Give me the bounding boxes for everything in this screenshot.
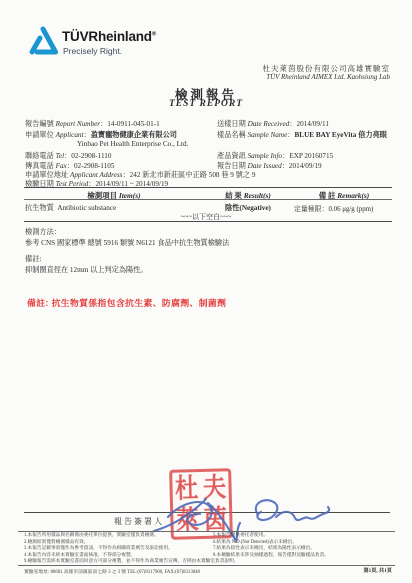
table-rule-header (24, 199, 392, 200)
item-name-en: Antibiotic substance (57, 204, 116, 212)
field-label-en: Date Received (248, 120, 290, 128)
field-value: 14-0911-045-01-1 (107, 120, 159, 128)
lab-name-en: TÜV Rheinland AIMEX Ltd. Kaohsiung Lab (266, 73, 390, 81)
registered-mark: ® (152, 32, 156, 38)
field-label-en: Fax (56, 162, 67, 170)
field-label-zh: 申請單位地址 (25, 171, 68, 179)
field-label-zh: 樣品名稱 (217, 131, 246, 139)
footer-rule-bottom (18, 565, 395, 566)
field-label-en: Applicant Address (70, 171, 123, 179)
field-label-zh: 送樣日期 (217, 120, 246, 128)
field-date-received: 送樣日期 Date Received：2014/09/11 (217, 119, 329, 129)
field-sample-name: 樣品名稱 Sample Name：BLUE BAY EyeVita 倍力亮眼 (217, 130, 387, 140)
field-label-en: Date Issued (248, 162, 282, 170)
field-fax: 傳真電話 Fax：02-2908-1105 (25, 161, 114, 171)
footer-note-6: 6.結果為 N.D.(Not Detected)表示未檢出。 (213, 540, 395, 546)
page-number: 第1頁, 共1頁 (363, 567, 392, 574)
field-label-zh: 報告日期 (217, 162, 246, 170)
field-sample-info: 產品資訊 Sample Info：EXP 20160715 (217, 151, 333, 161)
field-value: BLUE BAY EyeVita 倍力亮眼 (295, 131, 387, 139)
footer-note-2: 2.檢測結果僅對檢測樣品有效。 (24, 540, 212, 546)
field-label-zh: 傳真電話 (25, 162, 54, 170)
field-label-zh: 產品資訊 (217, 152, 246, 160)
tuv-rheinland-logo-icon (28, 26, 58, 57)
field-label-zh: 聯絡電話 (25, 152, 54, 160)
table-rule-bottom (24, 221, 392, 222)
field-value: 2014/09/11 (296, 120, 328, 128)
brand-rheinland: Rheinland (88, 29, 151, 44)
field-applicant-en: Yinbao Pet Health Enterprise Co., Ltd. (77, 140, 188, 148)
field-label-zh: 申請單位 (25, 131, 54, 139)
table-rule-top (24, 187, 392, 188)
field-label-en: Sample Name (248, 131, 288, 139)
field-label-en: Sample Info (248, 152, 283, 160)
lab-address: 實驗室地址: 80681 高雄市前鎮區南七路 3 之 3 號 TEL:(07)8… (24, 568, 200, 575)
method-label: 檢測方法： (25, 227, 61, 237)
field-sep: ： (122, 171, 129, 179)
note-text: 抑制圈直徑在 12mm 以上判定為陽性。 (25, 265, 148, 275)
footer-note-5: 5.本報告僅供委托者使用。 (213, 533, 395, 539)
field-report-number: 報告編號 Report Number：14-0911-045-01-1 (25, 119, 160, 129)
field-label-en: Report Number (56, 120, 101, 128)
field-value: 盈寶寵物健康企業有限公司 (91, 131, 177, 139)
method-text: 參考 CNS 國家標準 總號 5916 類號 N6121 食品中抗生物質檢驗法 (25, 238, 229, 248)
note-label: 備註: (25, 254, 41, 264)
field-applicant: 申請單位 Applicant：盈寶寵物健康企業有限公司 (25, 130, 177, 140)
field-value: 02-2908-1105 (74, 162, 114, 170)
brand-tagline: Precisely Right. (63, 46, 122, 56)
footer-rule-top (18, 531, 395, 532)
field-label-en: Tel (56, 152, 65, 160)
brand-wordmark: TÜVRheinland® (62, 29, 156, 44)
field-value: 2014/09/19 (289, 162, 322, 170)
field-sep: ： (67, 162, 74, 170)
test-report-document: TÜVRheinland® Precisely Right. 杜夫萊茵股份有限公… (0, 0, 412, 583)
field-tel: 聯絡電話 Tel：02-2908-1110 (25, 151, 112, 161)
brand-tuv: TÜV (62, 29, 88, 44)
footer-note-3: 3.本報告記載事項僅作為參考資訊，不得作為相關商業廣告及訴訟使用。 (24, 546, 212, 552)
footer-note-7: 7.結果為陰性表示未檢出，結果為陽性表示檢出。 (213, 546, 395, 552)
field-sep: ： (287, 131, 294, 139)
footer-note-9: 9.檢驗報告需經本實驗室書面同意方可部分複製，並不得作為商業廣告宣傳，否則由本實… (24, 559, 392, 565)
field-value: EXP 20160715 (289, 152, 333, 160)
document-title-en: TEST REPORT (0, 99, 412, 109)
item-name-zh: 抗生物質 (25, 204, 54, 212)
field-sep: ： (282, 162, 289, 170)
field-sep: ： (84, 131, 91, 139)
footer-note-1: 1.本報告所用樣品與名稱係由委托單位提供，實驗室僅負責檢測。 (24, 533, 212, 539)
field-label-zh: 報告編號 (25, 120, 54, 128)
field-value: 242 新北市新莊區中正路 508 巷 9 號之 9 (130, 171, 256, 179)
red-remark-text: 備註: 抗生物質係指包含抗生素、防腐劑、制菌劑 (27, 296, 226, 309)
field-label-en: Applicant (56, 131, 84, 139)
field-date-issued: 報告日期 Date Issued：2014/09/19 (217, 161, 322, 171)
field-value: 02-2908-1110 (71, 152, 111, 160)
